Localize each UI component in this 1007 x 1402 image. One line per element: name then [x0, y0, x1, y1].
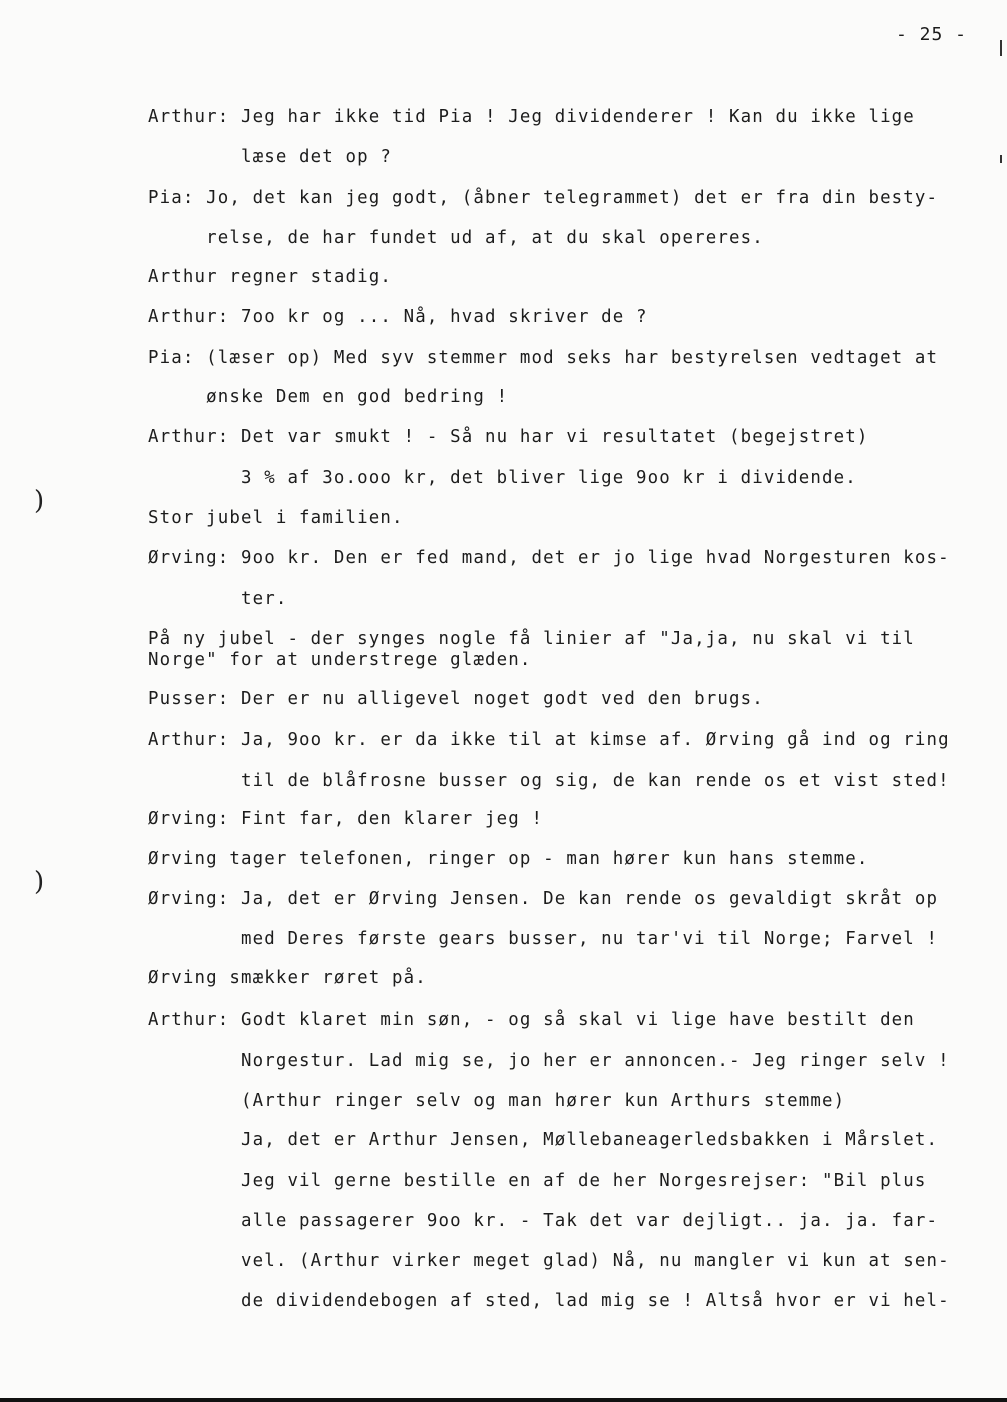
- text-line: læse det op ?: [148, 146, 392, 168]
- text-line: Ørving: 9oo kr. Den er fed mand, det er …: [148, 547, 950, 569]
- text-line: Ørving tager telefonen, ringer op - man …: [148, 848, 868, 870]
- text-line: På ny jubel - der synges nogle få linier…: [148, 628, 915, 650]
- text-line: (Arthur ringer selv og man hører kun Art…: [148, 1090, 845, 1112]
- text-line: relse, de har fundet ud af, at du skal o…: [148, 227, 764, 249]
- text-line: Norgestur. Lad mig se, jo her er annonce…: [148, 1050, 950, 1072]
- text-line: med Deres første gears busser, nu tar'vi…: [148, 928, 938, 950]
- text-line: til de blåfrosne busser og sig, de kan r…: [148, 770, 950, 792]
- text-line: ter.: [148, 588, 287, 610]
- text-line: Norge" for at understrege glæden.: [148, 649, 531, 671]
- text-line: Pusser: Der er nu alligevel noget godt v…: [148, 688, 764, 710]
- text-line: Ørving smækker røret på.: [148, 967, 427, 989]
- text-line: Jeg vil gerne bestille en af de her Norg…: [148, 1170, 927, 1192]
- text-line: Ørving: Fint far, den klarer jeg !: [148, 808, 543, 830]
- margin-mark: ): [34, 486, 44, 516]
- scan-edge-mark: [1000, 40, 1002, 56]
- text-line: Arthur: Ja, 9oo kr. er da ikke til at ki…: [148, 729, 950, 751]
- text-line: Arthur: Jeg har ikke tid Pia ! Jeg divid…: [148, 106, 915, 128]
- text-line: Arthur: Godt klaret min søn, - og så ska…: [148, 1009, 915, 1031]
- scan-edge-mark: [1000, 155, 1002, 163]
- text-line: vel. (Arthur virker meget glad) Nå, nu m…: [148, 1250, 950, 1272]
- text-line: Ja, det er Arthur Jensen, Møllebaneagerl…: [148, 1129, 938, 1151]
- text-line: alle passagerer 9oo kr. - Tak det var de…: [148, 1210, 938, 1232]
- text-line: Arthur: 7oo kr og ... Nå, hvad skriver d…: [148, 306, 648, 328]
- text-line: Ørving: Ja, det er Ørving Jensen. De kan…: [148, 888, 938, 910]
- text-line: ønske Dem en god bedring !: [148, 386, 508, 408]
- text-line: Arthur: Det var smukt ! - Så nu har vi r…: [148, 426, 868, 448]
- text-line: de dividendebogen af sted, lad mig se ! …: [148, 1290, 950, 1312]
- text-line: Arthur regner stadig.: [148, 266, 392, 288]
- text-line: Pia: Jo, det kan jeg godt, (åbner telegr…: [148, 187, 938, 209]
- text-line: Stor jubel i familien.: [148, 507, 404, 529]
- text-line: Pia: (læser op) Med syv stemmer mod seks…: [148, 347, 938, 369]
- page-number: - 25 -: [896, 24, 967, 45]
- margin-mark: ): [34, 867, 44, 897]
- text-line: 3 % af 3o.ooo kr, det bliver lige 9oo kr…: [148, 467, 857, 489]
- scan-bottom-edge: [0, 1398, 1007, 1402]
